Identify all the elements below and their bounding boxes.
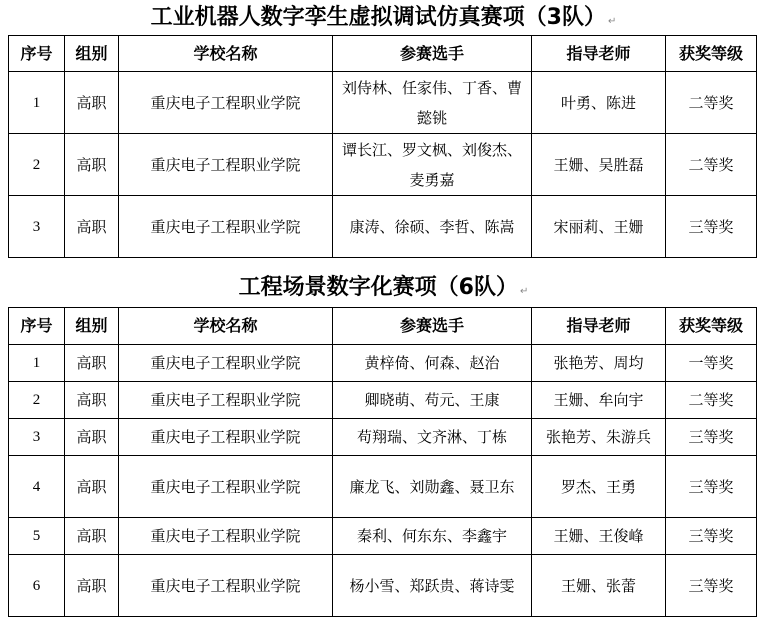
- table-row: 1 高职 重庆电子工程职业学院 刘侍林、任家伟、丁香、曹懿铫 叶勇、陈进 二等奖: [9, 72, 757, 134]
- table-row: 2 高职 重庆电子工程职业学院 卿晓萌、苟元、王康 王姗、牟向宇 二等奖: [9, 382, 757, 419]
- paragraph-mark-icon: ↵: [520, 286, 528, 297]
- cell-no: 5: [9, 518, 65, 555]
- table-row: 2 高职 重庆电子工程职业学院 谭长江、罗文枫、刘俊杰、麦勇嘉 王姗、吴胜磊 二…: [9, 134, 757, 196]
- cell-teachers: 王姗、王俊峰: [532, 518, 666, 555]
- cell-group: 高职: [65, 134, 119, 196]
- cell-players: 廉龙飞、刘勋鑫、聂卫东: [333, 456, 532, 518]
- cell-no: 3: [9, 196, 65, 258]
- cell-players: 康涛、徐硕、李哲、陈嵩: [333, 196, 532, 258]
- header-school: 学校名称: [119, 308, 333, 345]
- cell-school: 重庆电子工程职业学院: [119, 345, 333, 382]
- cell-no: 6: [9, 555, 65, 617]
- header-players: 参赛选手: [333, 36, 532, 72]
- cell-group: 高职: [65, 456, 119, 518]
- cell-no: 2: [9, 134, 65, 196]
- header-school: 学校名称: [119, 36, 333, 72]
- cell-teachers: 王姗、牟向宇: [532, 382, 666, 419]
- cell-group: 高职: [65, 555, 119, 617]
- cell-players: 卿晓萌、苟元、王康: [333, 382, 532, 419]
- cell-no: 1: [9, 345, 65, 382]
- cell-school: 重庆电子工程职业学院: [119, 134, 333, 196]
- table-1-title-text: 工业机器人数字孪生虚拟调试仿真赛项（3队）: [151, 5, 606, 30]
- cell-group: 高职: [65, 196, 119, 258]
- cell-school: 重庆电子工程职业学院: [119, 196, 333, 258]
- cell-no: 2: [9, 382, 65, 419]
- cell-group: 高职: [65, 419, 119, 456]
- cell-players: 谭长江、罗文枫、刘俊杰、麦勇嘉: [333, 134, 532, 196]
- cell-teachers: 张艳芳、朱游兵: [532, 419, 666, 456]
- header-teachers: 指导老师: [532, 36, 666, 72]
- cell-no: 4: [9, 456, 65, 518]
- table-header-row: 序号 组别 学校名称 参赛选手 指导老师 获奖等级: [9, 36, 757, 72]
- table-row: 3 高职 重庆电子工程职业学院 苟翔瑞、文齐淋、丁栋 张艳芳、朱游兵 三等奖: [9, 419, 757, 456]
- table-header-row: 序号 组别 学校名称 参赛选手 指导老师 获奖等级: [9, 308, 757, 345]
- cell-group: 高职: [65, 345, 119, 382]
- cell-players: 秦利、何东东、李鑫宇: [333, 518, 532, 555]
- cell-award: 一等奖: [666, 345, 757, 382]
- table-row: 4 高职 重庆电子工程职业学院 廉龙飞、刘勋鑫、聂卫东 罗杰、王勇 三等奖: [9, 456, 757, 518]
- cell-award: 二等奖: [666, 382, 757, 419]
- table-row: 3 高职 重庆电子工程职业学院 康涛、徐硕、李哲、陈嵩 宋丽莉、王姗 三等奖: [9, 196, 757, 258]
- cell-no: 3: [9, 419, 65, 456]
- cell-players: 苟翔瑞、文齐淋、丁栋: [333, 419, 532, 456]
- cell-award: 三等奖: [666, 456, 757, 518]
- cell-award: 三等奖: [666, 518, 757, 555]
- table-row: 5 高职 重庆电子工程职业学院 秦利、何东东、李鑫宇 王姗、王俊峰 三等奖: [9, 518, 757, 555]
- header-group: 组别: [65, 36, 119, 72]
- award-table-2: 序号 组别 学校名称 参赛选手 指导老师 获奖等级 1 高职 重庆电子工程职业学…: [8, 307, 757, 617]
- header-award: 获奖等级: [666, 308, 757, 345]
- cell-teachers: 叶勇、陈进: [532, 72, 666, 134]
- paragraph-mark-icon: ↵: [608, 16, 616, 27]
- header-no: 序号: [9, 36, 65, 72]
- cell-school: 重庆电子工程职业学院: [119, 518, 333, 555]
- cell-teachers: 王姗、张蕾: [532, 555, 666, 617]
- cell-school: 重庆电子工程职业学院: [119, 72, 333, 134]
- cell-award: 三等奖: [666, 196, 757, 258]
- header-group: 组别: [65, 308, 119, 345]
- award-table-1: 序号 组别 学校名称 参赛选手 指导老师 获奖等级 1 高职 重庆电子工程职业学…: [8, 35, 757, 258]
- header-players: 参赛选手: [333, 308, 532, 345]
- cell-teachers: 罗杰、王勇: [532, 456, 666, 518]
- cell-group: 高职: [65, 72, 119, 134]
- table-row: 1 高职 重庆电子工程职业学院 黄梓倚、何森、赵治 张艳芳、周均 一等奖: [9, 345, 757, 382]
- cell-players: 杨小雪、郑跃贵、蒋诗雯: [333, 555, 532, 617]
- cell-group: 高职: [65, 518, 119, 555]
- cell-award: 二等奖: [666, 134, 757, 196]
- cell-teachers: 宋丽莉、王姗: [532, 196, 666, 258]
- cell-teachers: 张艳芳、周均: [532, 345, 666, 382]
- cell-school: 重庆电子工程职业学院: [119, 555, 333, 617]
- table-2-title: 工程场景数字化赛项（6队）↵: [0, 274, 767, 306]
- table-2-title-text: 工程场景数字化赛项（6队）: [239, 275, 518, 300]
- cell-teachers: 王姗、吴胜磊: [532, 134, 666, 196]
- cell-no: 1: [9, 72, 65, 134]
- cell-award: 三等奖: [666, 555, 757, 617]
- cell-players: 刘侍林、任家伟、丁香、曹懿铫: [333, 72, 532, 134]
- cell-award: 二等奖: [666, 72, 757, 134]
- cell-players: 黄梓倚、何森、赵治: [333, 345, 532, 382]
- cell-school: 重庆电子工程职业学院: [119, 419, 333, 456]
- cell-group: 高职: [65, 382, 119, 419]
- cell-school: 重庆电子工程职业学院: [119, 382, 333, 419]
- table-row: 6 高职 重庆电子工程职业学院 杨小雪、郑跃贵、蒋诗雯 王姗、张蕾 三等奖: [9, 555, 757, 617]
- header-teachers: 指导老师: [532, 308, 666, 345]
- cell-school: 重庆电子工程职业学院: [119, 456, 333, 518]
- table-1-title: 工业机器人数字孪生虚拟调试仿真赛项（3队）↵: [0, 4, 767, 36]
- cell-award: 三等奖: [666, 419, 757, 456]
- header-no: 序号: [9, 308, 65, 345]
- header-award: 获奖等级: [666, 36, 757, 72]
